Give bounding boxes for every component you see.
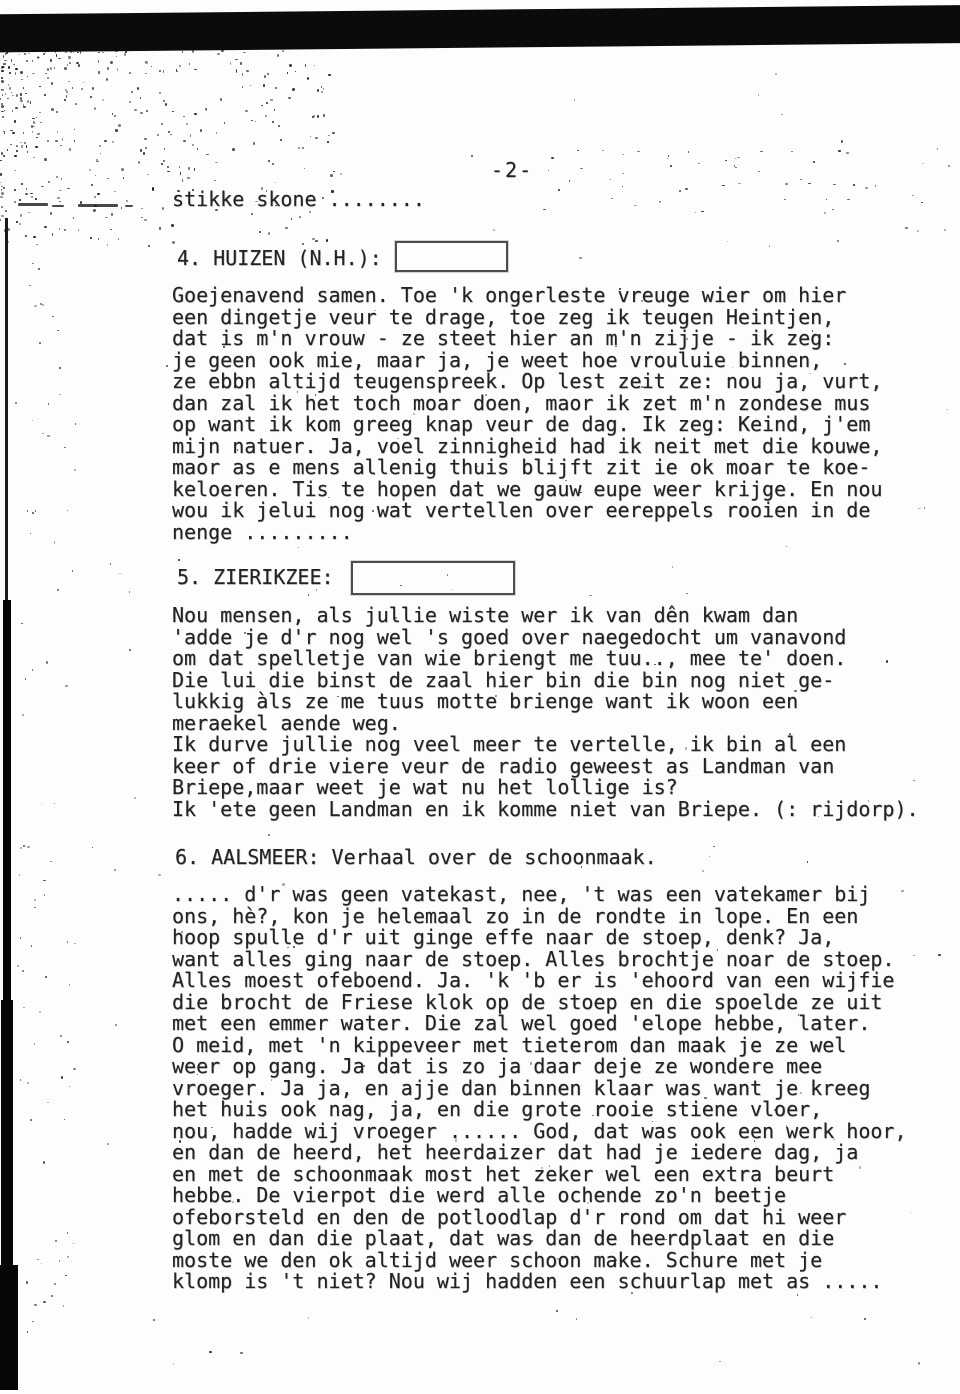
noise-speck — [11, 92, 13, 93]
noise-speck — [558, 189, 560, 191]
noise-speck — [14, 120, 16, 123]
noise-speck — [548, 170, 549, 171]
noise-speck — [194, 168, 195, 171]
noise-speck — [33, 126, 34, 127]
noise-speck — [38, 51, 39, 52]
section-heading-aalsmeer: 6. AALSMEER: Verhaal over de schoonmaak. — [175, 845, 657, 869]
noise-speck — [11, 59, 13, 61]
noise-speck — [129, 101, 131, 102]
noise-speck — [32, 669, 33, 670]
noise-speck — [1, 206, 3, 208]
text-line: dan zal ik het toch moar doen, maor ik z… — [172, 393, 882, 415]
noise-speck — [59, 367, 61, 369]
noise-speck — [144, 138, 147, 140]
noise-speck — [46, 661, 48, 663]
noise-speck — [126, 200, 128, 202]
noise-speck — [114, 191, 116, 192]
noise-speck — [543, 209, 546, 211]
noise-speck — [59, 1260, 60, 1261]
noise-speck — [298, 547, 299, 549]
noise-speck — [622, 186, 623, 187]
noise-speck — [224, 122, 225, 125]
noise-speck — [61, 178, 62, 180]
noise-speck — [33, 121, 35, 124]
noise-speck — [90, 237, 92, 238]
noise-speck — [14, 170, 16, 171]
noise-speck — [129, 591, 130, 593]
noise-speck — [864, 1318, 866, 1320]
noise-speck — [278, 125, 280, 128]
noise-speck — [264, 75, 266, 78]
noise-speck — [134, 109, 137, 111]
noise-speck — [1, 152, 4, 155]
noise-speck — [668, 155, 669, 157]
noise-speck — [25, 235, 27, 237]
noise-speck — [695, 212, 696, 213]
text-line: een dingetje veur te drage, toe zeg ik t… — [172, 307, 882, 329]
noise-speck — [67, 1232, 68, 1234]
section-body-aalsmeer: ..... d'r was geen vatekast, nee, 't was… — [172, 884, 907, 1293]
noise-speck — [42, 433, 44, 434]
noise-speck — [918, 1362, 920, 1364]
noise-speck — [98, 71, 100, 73]
noise-speck — [32, 60, 33, 62]
noise-speck — [0, 173, 2, 176]
noise-speck — [245, 110, 248, 112]
noise-speck — [634, 205, 637, 206]
noise-speck — [73, 217, 74, 219]
text-line: je geen ook mie, maar ja, je weet hoe vr… — [172, 350, 882, 372]
noise-speck — [775, 73, 777, 74]
noise-speck — [307, 77, 309, 80]
noise-speck — [30, 193, 32, 194]
noise-speck — [713, 846, 715, 848]
noise-speck — [807, 861, 809, 862]
noise-speck — [67, 1041, 69, 1043]
noise-speck — [20, 937, 21, 938]
noise-speck — [913, 955, 915, 957]
noise-speck — [35, 510, 36, 512]
noise-speck — [24, 142, 26, 144]
noise-speck — [194, 113, 196, 115]
answer-box-huizen — [395, 241, 508, 272]
noise-speck — [44, 158, 46, 161]
noise-speck — [47, 435, 50, 436]
noise-speck — [833, 184, 836, 186]
noise-speck — [323, 114, 324, 116]
noise-speck — [183, 140, 186, 143]
noise-speck — [580, 168, 582, 170]
noise-speck — [4, 229, 6, 232]
noise-speck — [56, 111, 57, 113]
noise-speck — [59, 228, 60, 231]
noise-speck — [162, 207, 164, 210]
noise-speck — [1, 77, 3, 79]
noise-speck — [179, 166, 181, 168]
noise-speck — [52, 316, 54, 317]
noise-speck — [39, 1011, 41, 1012]
text-line: Briepe,maar weet je wat nu het lollige i… — [172, 777, 919, 799]
noise-speck — [104, 140, 107, 142]
text-line: Nou mensen, als jullie wiste wer ik van … — [172, 605, 919, 627]
noise-speck — [20, 142, 22, 143]
noise-speck — [14, 51, 17, 52]
noise-speck — [121, 168, 124, 171]
noise-speck — [299, 216, 301, 218]
noise-speck — [35, 198, 37, 199]
noise-speck — [29, 285, 31, 287]
noise-speck — [55, 1240, 57, 1242]
text-line: hoop spulle d'r uit ginge effe naar de s… — [172, 927, 907, 949]
noise-speck — [78, 64, 80, 67]
noise-speck — [110, 229, 111, 230]
noise-speck — [74, 943, 76, 944]
noise-speck — [738, 183, 740, 184]
text-line: Ik 'ete geen Landman en ik komme niet va… — [172, 799, 919, 821]
noise-speck — [17, 965, 19, 967]
noise-speck — [99, 145, 101, 147]
noise-speck — [0, 196, 3, 198]
noise-speck — [141, 208, 143, 209]
noise-speck — [123, 177, 124, 180]
noise-speck — [312, 238, 315, 240]
scanned-document-page: { "document": { "page_number": "-2-", "i… — [0, 0, 960, 1394]
noise-speck — [268, 834, 270, 836]
noise-speck — [30, 533, 32, 535]
noise-speck — [27, 510, 29, 512]
noise-speck — [272, 121, 273, 124]
noise-speck — [25, 193, 28, 195]
noise-speck — [67, 941, 68, 943]
noise-speck — [808, 183, 810, 184]
text-line: maor as e mens allenig thuis blijft zit … — [172, 457, 882, 479]
noise-speck — [41, 186, 44, 187]
noise-speck — [2, 66, 4, 67]
noise-speck — [944, 229, 946, 231]
noise-speck — [308, 594, 310, 595]
noise-speck — [302, 243, 304, 245]
noise-speck — [66, 91, 68, 93]
noise-speck — [905, 227, 907, 229]
noise-speck — [824, 212, 826, 214]
noise-speck — [134, 797, 136, 799]
noise-speck — [51, 82, 54, 85]
noise-speck — [66, 95, 67, 98]
noise-speck — [59, 190, 62, 191]
noise-speck — [182, 51, 184, 53]
noise-speck — [140, 149, 142, 152]
noise-speck — [569, 180, 570, 182]
noise-speck — [159, 227, 161, 229]
noise-speck — [7, 228, 10, 231]
noise-speck — [98, 52, 100, 53]
noise-speck — [73, 1243, 74, 1244]
noise-speck — [784, 199, 786, 201]
noise-speck — [74, 469, 76, 471]
noise-speck — [159, 92, 161, 93]
noise-speck — [240, 1352, 243, 1354]
noise-speck — [275, 182, 276, 183]
noise-speck — [5, 235, 8, 237]
noise-speck — [0, 182, 1, 183]
noise-speck — [1, 189, 2, 191]
noise-speck — [14, 189, 16, 191]
noise-speck — [328, 74, 331, 75]
noise-speck — [3, 55, 4, 58]
noise-speck — [32, 118, 35, 120]
noise-speck — [164, 148, 165, 150]
noise-speck — [16, 145, 18, 147]
noise-speck — [242, 86, 244, 88]
noise-speck — [217, 53, 220, 55]
noise-speck — [61, 1076, 63, 1078]
noise-speck — [309, 211, 311, 213]
noise-speck — [70, 51, 72, 54]
noise-speck — [107, 178, 109, 179]
text-line: klomp is 't niet? Nou wij hadden een sch… — [172, 1271, 907, 1293]
noise-speck — [275, 87, 277, 89]
text-line: keloeren. Tis te hopen dat we gauw eupe … — [172, 479, 882, 501]
noise-speck — [242, 73, 243, 76]
noise-speck — [246, 70, 249, 72]
noise-speck — [288, 97, 290, 99]
noise-speck — [12, 95, 14, 96]
noise-speck — [832, 209, 835, 211]
noise-speck — [846, 152, 849, 153]
noise-speck — [270, 99, 273, 100]
noise-speck — [1, 103, 3, 105]
noise-speck — [80, 51, 81, 53]
noise-speck — [216, 132, 217, 134]
noise-speck — [769, 245, 770, 247]
noise-speck — [797, 1294, 798, 1295]
noise-speck — [847, 199, 850, 200]
text-line: want alles ging naar de stoep. Alles bro… — [172, 949, 907, 971]
noise-speck — [39, 86, 40, 88]
noise-speck — [67, 188, 69, 189]
page-number: -2- — [491, 158, 533, 182]
noise-speck — [493, 229, 496, 231]
noise-speck — [35, 146, 37, 148]
noise-speck — [37, 56, 40, 59]
noise-speck — [22, 714, 24, 715]
text-line: met een emmer water. Die zal wel goed 'e… — [172, 1013, 907, 1035]
noise-speck — [15, 402, 17, 404]
noise-speck — [236, 71, 237, 72]
noise-speck — [51, 1295, 53, 1297]
noise-speck — [6, 52, 8, 54]
noise-speck — [147, 174, 149, 175]
section-body-huizen: Goejenavend samen. Toe 'k ongerleste vre… — [172, 285, 882, 543]
noise-speck — [670, 165, 672, 167]
noise-speck — [178, 559, 179, 560]
noise-speck — [111, 213, 113, 216]
text-line: wou ik jelui nog wat vertellen over eere… — [172, 500, 882, 522]
noise-speck — [556, 1310, 558, 1312]
noise-speck — [112, 141, 114, 143]
noise-speck — [92, 87, 94, 89]
noise-speck — [100, 153, 101, 154]
noise-speck — [34, 305, 37, 307]
noise-speck — [917, 230, 918, 231]
noise-speck — [60, 145, 62, 146]
noise-speck — [107, 1143, 108, 1145]
noise-speck — [7, 149, 8, 150]
text-line: om dat spelletje van wie briengt me tuu.… — [172, 648, 919, 670]
noise-speck — [287, 72, 288, 74]
noise-speck — [67, 64, 68, 66]
noise-speck — [165, 103, 167, 105]
text-line: en met de schoonmaak most het zeker wel … — [172, 1164, 907, 1186]
text-line: nenge ......... — [172, 522, 882, 544]
noise-speck — [637, 151, 640, 153]
noise-speck — [41, 804, 43, 806]
noise-speck — [317, 89, 319, 92]
noise-speck — [758, 94, 759, 96]
noise-speck — [107, 244, 108, 246]
noise-speck — [314, 65, 315, 66]
noise-speck — [188, 167, 190, 169]
noise-speck — [41, 1263, 42, 1264]
noise-speck — [167, 166, 169, 168]
noise-speck — [321, 91, 323, 93]
noise-speck — [253, 142, 254, 145]
noise-speck — [289, 64, 292, 67]
noise-speck — [47, 68, 49, 71]
noise-speck — [107, 67, 108, 70]
noise-speck — [316, 589, 317, 591]
noise-speck — [23, 845, 25, 847]
noise-speck — [32, 420, 33, 421]
noise-speck — [240, 62, 241, 64]
noise-speck — [735, 158, 736, 160]
text-line: dat is m'n vrouw - ze steet hier an m'n … — [172, 328, 882, 350]
noise-speck — [1, 70, 4, 72]
noise-speck — [266, 102, 268, 104]
noise-speck — [4, 132, 5, 133]
noise-speck — [206, 109, 207, 110]
noise-speck — [760, 151, 763, 152]
noise-speck — [317, 115, 319, 118]
section-body-zierikzee: Nou mensen, als jullie wiste wer ik van … — [172, 605, 919, 820]
noise-speck — [259, 231, 261, 232]
noise-speck — [826, 199, 827, 200]
noise-speck — [315, 240, 318, 242]
noise-speck — [143, 152, 145, 155]
noise-speck — [667, 158, 669, 160]
noise-speck — [56, 54, 58, 57]
noise-speck — [9, 87, 10, 90]
noise-speck — [31, 945, 33, 947]
noise-speck — [8, 66, 10, 69]
noise-speck — [51, 108, 54, 110]
noise-speck — [75, 423, 76, 424]
noise-speck — [64, 229, 66, 231]
noise-speck — [274, 109, 275, 111]
noise-speck — [332, 132, 335, 134]
noise-speck — [4, 60, 7, 61]
noise-speck — [333, 171, 335, 173]
noise-speck — [64, 99, 66, 101]
noise-speck — [4, 110, 5, 112]
noise-speck — [282, 50, 283, 52]
noise-speck — [182, 179, 184, 182]
noise-speck — [14, 155, 16, 158]
text-line: nou, hadde wij vroeger ...... God, dat w… — [172, 1121, 907, 1143]
noise-speck — [36, 137, 38, 138]
noise-speck — [140, 97, 141, 99]
noise-speck — [73, 1068, 75, 1070]
noise-speck — [27, 100, 29, 103]
noise-speck — [34, 907, 36, 908]
noise-speck — [20, 100, 23, 101]
noise-speck — [947, 409, 949, 410]
noise-speck — [15, 72, 16, 75]
text-line: O meid, met 'n kippeveer met tieterom da… — [172, 1035, 907, 1057]
text-line: hebbe. De vierpot die werd alle ochende … — [172, 1185, 907, 1207]
noise-speck — [255, 121, 256, 123]
noise-speck — [725, 160, 727, 161]
noise-speck — [602, 150, 603, 151]
noise-speck — [800, 179, 802, 180]
section-heading-huizen: 4. HUIZEN (N.H.): — [177, 246, 382, 270]
text-line: keer of drie viere veur de radio geweest… — [172, 756, 919, 778]
noise-speck — [167, 171, 169, 172]
noise-speck — [209, 1351, 211, 1352]
noise-speck — [50, 861, 52, 862]
noise-speck — [686, 593, 688, 594]
noise-speck — [26, 60, 28, 62]
scan-artifact-left-strip — [0, 1265, 18, 1390]
noise-speck — [21, 623, 23, 624]
text-line: Alles moest ofeboend. Ja. 'k 'b er is 'e… — [172, 970, 907, 992]
noise-speck — [72, 570, 73, 572]
noise-speck — [2, 94, 3, 96]
noise-speck — [38, 268, 40, 270]
noise-speck — [83, 82, 85, 84]
noise-speck — [105, 217, 108, 218]
noise-speck — [64, 1119, 65, 1120]
noise-speck — [138, 161, 140, 163]
noise-speck — [16, 221, 19, 222]
noise-speck — [92, 847, 93, 848]
noise-speck — [72, 87, 74, 88]
noise-speck — [183, 116, 185, 118]
noise-speck — [3, 63, 6, 65]
noise-speck — [277, 54, 279, 57]
noise-speck — [32, 73, 35, 75]
noise-speck — [659, 202, 661, 204]
noise-speck — [813, 161, 815, 163]
noise-speck — [21, 145, 22, 147]
noise-speck — [55, 140, 58, 142]
noise-speck — [48, 403, 50, 405]
noise-speck — [180, 172, 182, 175]
noise-speck — [310, 136, 312, 137]
text-line: moste we den ok altijd weer schoon make.… — [172, 1250, 907, 1272]
noise-speck — [137, 87, 139, 90]
noise-speck — [81, 88, 83, 90]
noise-speck — [781, 114, 782, 116]
noise-speck — [1, 186, 2, 188]
noise-speck — [98, 238, 99, 240]
noise-speck — [243, 52, 245, 53]
noise-speck — [574, 99, 575, 101]
noise-speck — [47, 140, 49, 142]
noise-speck — [118, 238, 119, 240]
noise-speck — [161, 163, 163, 166]
noise-speck — [115, 50, 117, 52]
